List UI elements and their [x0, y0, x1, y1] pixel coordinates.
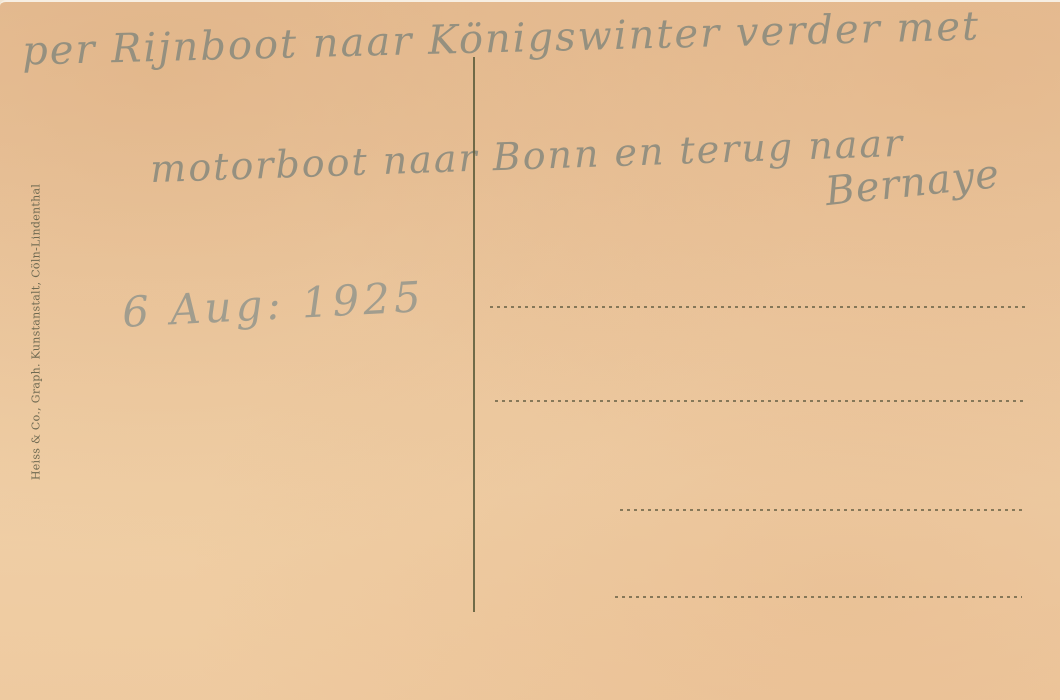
- address-line-4: [615, 596, 1022, 598]
- address-line-1: [490, 306, 1028, 308]
- handwritten-line-1: per Rijnboot naar Königswinter verder me…: [22, 3, 981, 74]
- address-line-3: [620, 509, 1022, 511]
- handwritten-line-2: motorboot naar Bonn en terug naar: [149, 121, 904, 191]
- handwritten-date: 6 Aug: 1925: [121, 272, 426, 337]
- postcard-back: Heiss & Co., Graph. Kunstanstalt, Cöln-L…: [0, 0, 1060, 700]
- center-divider-line: [473, 57, 475, 612]
- address-line-2: [495, 400, 1025, 402]
- printer-imprint: Heiss & Co., Graph. Kunstanstalt, Cöln-L…: [30, 184, 43, 480]
